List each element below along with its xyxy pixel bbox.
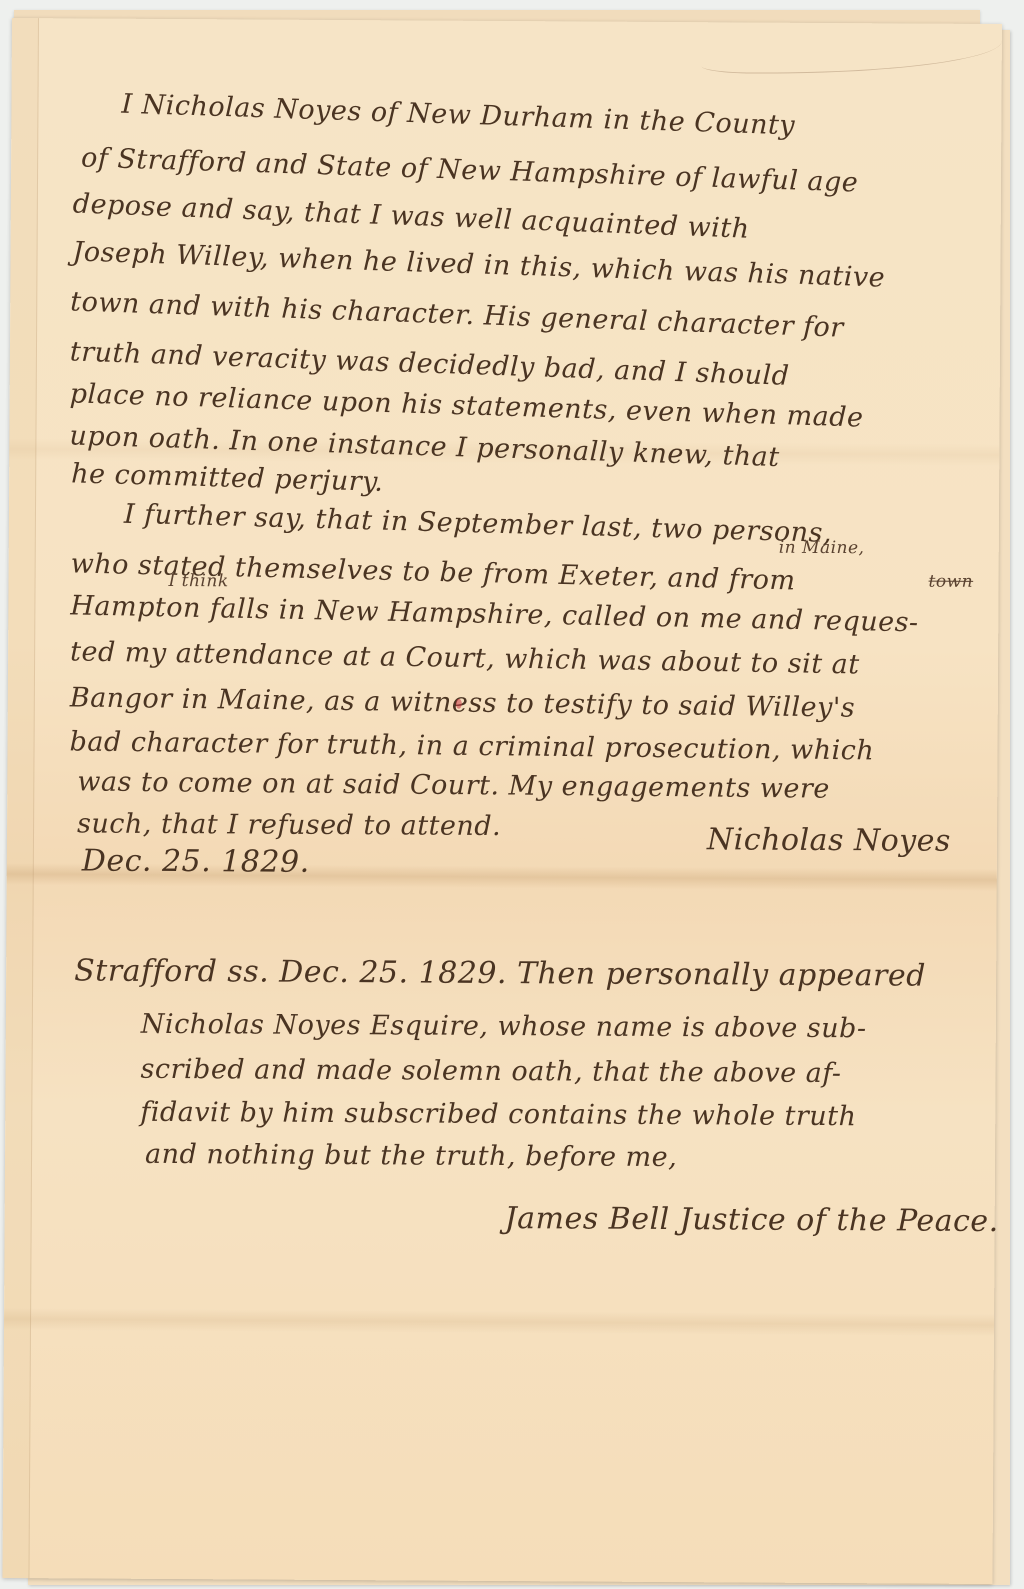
affidavit-line: he committed perjury. [71, 458, 384, 497]
page-binding-edge [2, 18, 39, 1578]
affidavit-line: ted my attendance at a Court, which was … [70, 636, 860, 680]
affidavit-line: was to come on at said Court. My engagem… [77, 766, 830, 804]
affidavit-line: Hampton falls in New Hampshire, called o… [70, 590, 919, 638]
jurat-line: Nicholas Noyes Esquire, whose name is ab… [141, 1009, 867, 1044]
affidavit-line: town and with his character. His general… [70, 286, 845, 343]
red-ink-mark [456, 699, 462, 709]
affidavit-line: Bangor in Maine, as a witness to testify… [70, 682, 856, 723]
paper-fold [4, 1308, 994, 1336]
affidavit-line: bad character for truth, in a criminal p… [69, 726, 874, 766]
affidavit-line: such, that I refused to attend. [77, 808, 501, 842]
jurat-line: and nothing but the truth, before me, [145, 1139, 677, 1173]
jurat-line: fidavit by him subscribed contains the w… [140, 1097, 856, 1132]
affidavit-line: Joseph Willey, when he lived in this, wh… [72, 236, 886, 293]
affidavit-line: depose and say, that I was well acquaint… [72, 188, 750, 244]
document-page: I Nicholas Noyes of New Durham in the Co… [2, 18, 1002, 1584]
page-curl [702, 32, 1002, 75]
insertion-i-think: I think [169, 571, 229, 591]
insertion-in-maine: in Maine, [779, 538, 865, 559]
struck-out-word: town [929, 572, 974, 592]
affiant-signature: Nicholas Noyes [707, 822, 951, 858]
jurat-line: scribed and made solemn oath, that the a… [140, 1054, 841, 1089]
jurat-line: Strafford ss. Dec. 25. 1829. Then person… [74, 953, 926, 993]
justice-signature: James Bell Justice of the Peace. [505, 1201, 999, 1239]
affidavit-date: Dec. 25. 1829. [82, 843, 310, 879]
affidavit-line: of Strafford and State of New Hampshire … [81, 142, 859, 198]
affidavit-line: I further say, that in September last, t… [124, 499, 833, 549]
affidavit-line: I Nicholas Noyes of New Durham in the Co… [121, 89, 796, 142]
